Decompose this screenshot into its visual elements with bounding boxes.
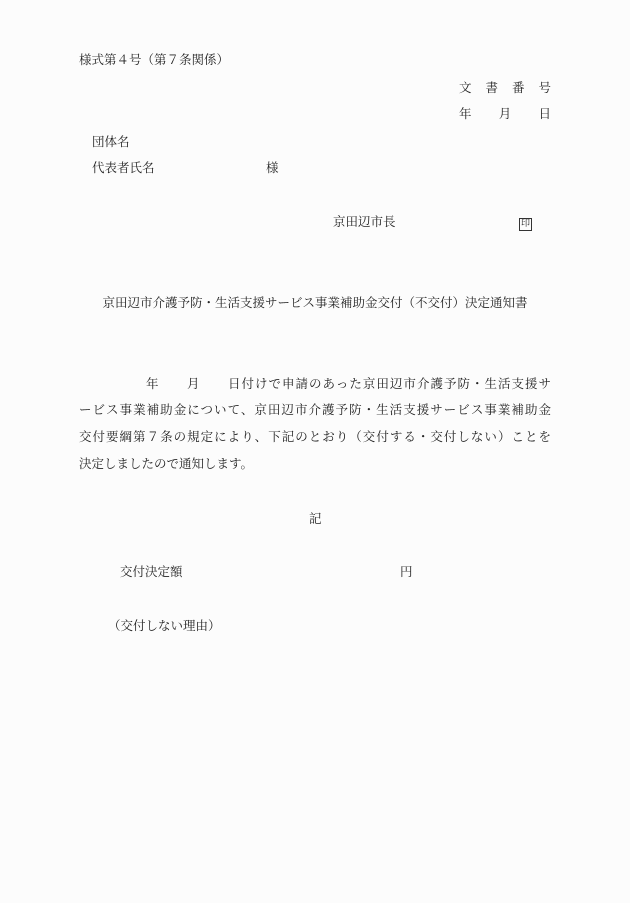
seal-icon: 印	[519, 216, 532, 231]
grant-amount-label: 交付決定額	[120, 566, 183, 579]
document-number-label: 文 書 番 号	[459, 82, 551, 95]
document-title: 京田辺市介護予防・生活支援サービス事業補助金交付（不交付）決定通知書	[0, 297, 630, 310]
body-line-1: 日付けで申請のあった京田辺市介護予防・生活支援サ	[228, 378, 551, 391]
body-line-2: ービス事業補助金について、京田辺市介護予防・生活支援サービス事業補助金	[79, 404, 551, 417]
body-line-4: 決定しましたので通知します。	[79, 458, 253, 471]
seal-mark: 印	[519, 218, 532, 231]
body-year-label: 年	[146, 378, 159, 391]
non-grant-reason-label: （交付しない理由）	[108, 620, 221, 633]
date-label: 年 月 日	[459, 108, 551, 121]
recipient-representative-label: 代表者氏名	[92, 162, 155, 175]
form-number: 様式第４号（第７条関係）	[79, 54, 229, 67]
body-month-label: 月	[187, 378, 200, 391]
recipient-organization-label: 団体名	[92, 136, 130, 149]
recipient-honorific: 様	[266, 162, 279, 175]
sender-name: 京田辺市長	[333, 216, 396, 229]
ki-heading: 記	[309, 513, 322, 526]
body-line-3: 交付要綱第７条の規定により、下記のとおり（交付する・交付しない）ことを	[79, 431, 551, 444]
grant-amount-unit: 円	[400, 566, 413, 579]
